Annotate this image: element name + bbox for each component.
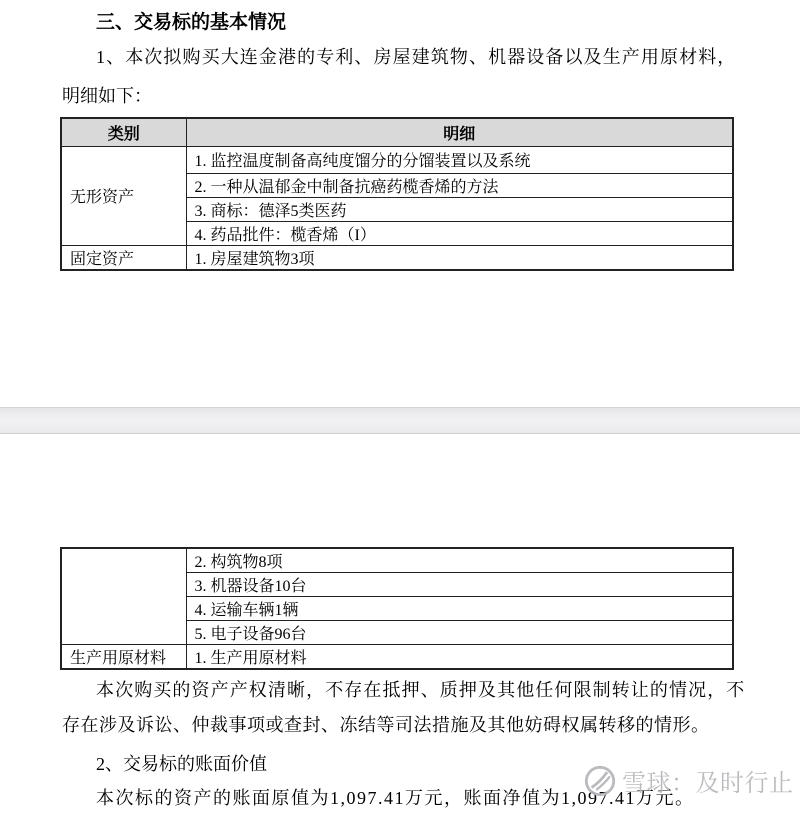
section-title: 三、交易标的基本情况	[96, 7, 286, 34]
ownership-note-line-2: 存在涉及诉讼、仲裁事项或查封、冻结等司法措施及其他妨碍权属转移的情形。	[62, 713, 710, 737]
asset-table-part2: 2. 构筑物8项 3. 机器设备10台 4. 运输车辆1辆 5. 电子设备96台…	[60, 547, 734, 670]
intro-paragraph-line-2: 明细如下：	[62, 84, 152, 108]
detail-cell: 3. 商标：德泽5类医药	[186, 197, 733, 221]
ownership-note-line-1: 本次购买的资产产权清晰，不存在抵押、质押及其他任何限制转让的情况，不	[96, 678, 745, 702]
detail-cell: 4. 运输车辆1辆	[186, 597, 733, 621]
category-cell-fixed: 固定资产	[61, 245, 186, 270]
column-header-detail: 明细	[186, 118, 733, 146]
category-cell-materials: 生产用原材料	[61, 645, 186, 670]
detail-cell: 1. 生产用原材料	[186, 645, 733, 670]
detail-cell: 2. 构筑物8项	[186, 548, 733, 573]
category-cell-continued	[61, 548, 186, 645]
xueqiu-watermark: 雪球：及时行止	[583, 763, 794, 798]
watermark-text: 雪球：及时行止	[622, 763, 794, 798]
asset-table-part1: 类别 明细 无形资产 1. 监控温度制备高纯度馏分的分馏装置以及系统 2. 一种…	[60, 117, 734, 271]
detail-cell: 1. 房屋建筑物3项	[186, 245, 733, 270]
subsection-title: 2、交易标的账面价值	[96, 752, 267, 776]
category-cell-intangible: 无形资产	[61, 146, 186, 245]
page-break-gap	[0, 407, 800, 434]
detail-cell: 5. 电子设备96台	[186, 621, 733, 645]
xueqiu-logo-icon	[583, 764, 617, 798]
column-header-category: 类别	[61, 118, 186, 146]
detail-cell: 4. 药品批件：榄香烯（I）	[186, 221, 733, 245]
detail-cell: 3. 机器设备10台	[186, 573, 733, 597]
detail-cell: 2. 一种从温郁金中制备抗癌药榄香烯的方法	[186, 173, 733, 197]
detail-cell: 1. 监控温度制备高纯度馏分的分馏装置以及系统	[186, 146, 733, 173]
intro-paragraph-line-1: 1、本次拟购买大连金港的专利、房屋建筑物、机器设备以及生产用原材料，	[96, 45, 736, 69]
